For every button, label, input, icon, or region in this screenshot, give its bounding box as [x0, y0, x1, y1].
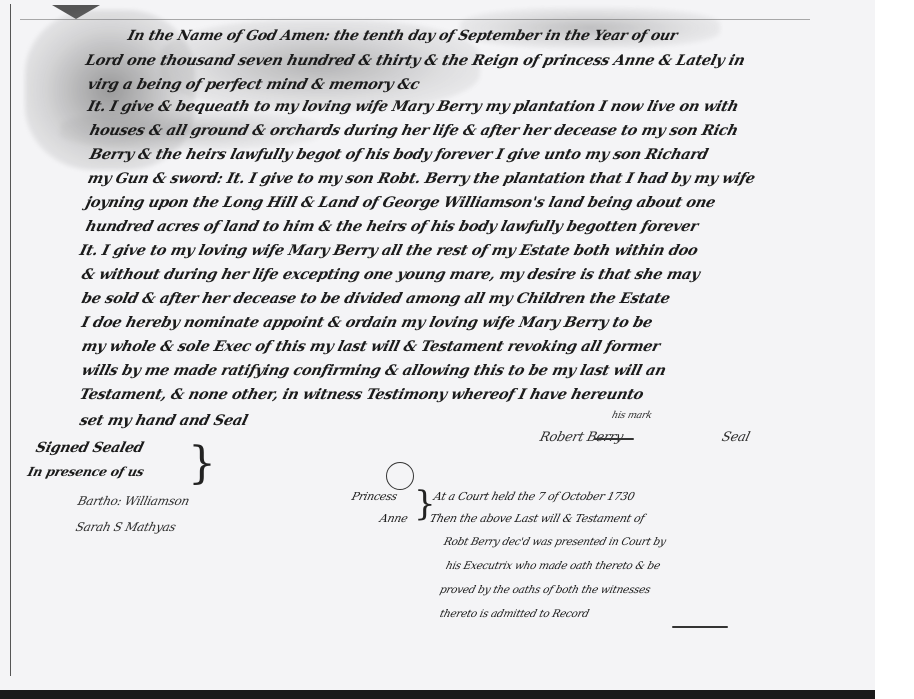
will-line-4: It. I give & bequeath to my loving wife …	[86, 98, 740, 115]
court-margin-label-2: Anne	[378, 512, 409, 525]
will-line-14: my whole & sole Exec of this my last wil…	[80, 338, 662, 355]
court-note-line-1: At a Court held the 7 of October 1730	[432, 490, 636, 503]
will-line-13: I doe hereby nominate appoint & ordain m…	[80, 314, 654, 331]
court-note-flourish	[386, 462, 414, 490]
witness-name-1: Bartho: Williamson	[76, 494, 191, 508]
will-line-6: Berry & the heirs lawfully begot of his …	[88, 146, 710, 163]
will-line-3: virg a being of perfect mind & memory &c	[86, 76, 421, 93]
witness-brace-icon: }	[188, 438, 216, 489]
will-line-11: & without during her life excepting one …	[80, 266, 702, 283]
will-line-8: joyning upon the Long Hill & Land of Geo…	[84, 194, 717, 211]
will-line-17: set my hand and Seal	[78, 412, 250, 429]
will-line-15: wills by me made ratifying confirming & …	[80, 362, 668, 379]
in-presence-heading: In presence of us	[26, 464, 145, 479]
court-note-line-2: Then the above Last will & Testament of	[428, 512, 645, 525]
court-note-line-6: thereto is admitted to Record	[439, 608, 591, 620]
will-line-12: be sold & after her decease to be divide…	[80, 290, 672, 307]
will-line-1: In the Name of God Amen: the tenth day o…	[126, 28, 679, 44]
will-line-2: Lord one thousand seven hundred & thirty…	[84, 52, 747, 69]
court-note-line-3: Robt Berry dec'd was presented in Court …	[443, 536, 667, 548]
will-line-7: my Gun & sword: It. I give to my son Rob…	[86, 170, 757, 187]
scan-edge-line	[10, 4, 11, 676]
court-margin-label-1: Princess	[350, 490, 398, 503]
witness-name-2: Sarah S Mathyas	[74, 520, 177, 534]
his-mark-label: his mark	[611, 410, 653, 421]
will-line-10: It. I give to my loving wife Mary Berry …	[78, 242, 700, 259]
scan-bottom-edge	[0, 690, 875, 699]
scanned-document-page: In the Name of God Amen: the tenth day o…	[0, 0, 875, 690]
seal-label: Seal	[720, 430, 751, 445]
court-note-closing-stroke	[672, 626, 728, 628]
signed-sealed-heading: Signed Sealed	[34, 440, 145, 456]
court-note-line-4: his Executrix who made oath thereto & be	[445, 560, 662, 572]
will-line-16: Testament, & none other, in witness Test…	[78, 386, 645, 403]
will-line-5: houses & all ground & orchards during he…	[88, 122, 740, 139]
will-line-9: hundred acres of land to him & the heirs…	[84, 218, 700, 235]
court-note-line-5: proved by the oaths of both the witnesse…	[439, 584, 652, 596]
signature-mark-stroke	[594, 438, 634, 440]
